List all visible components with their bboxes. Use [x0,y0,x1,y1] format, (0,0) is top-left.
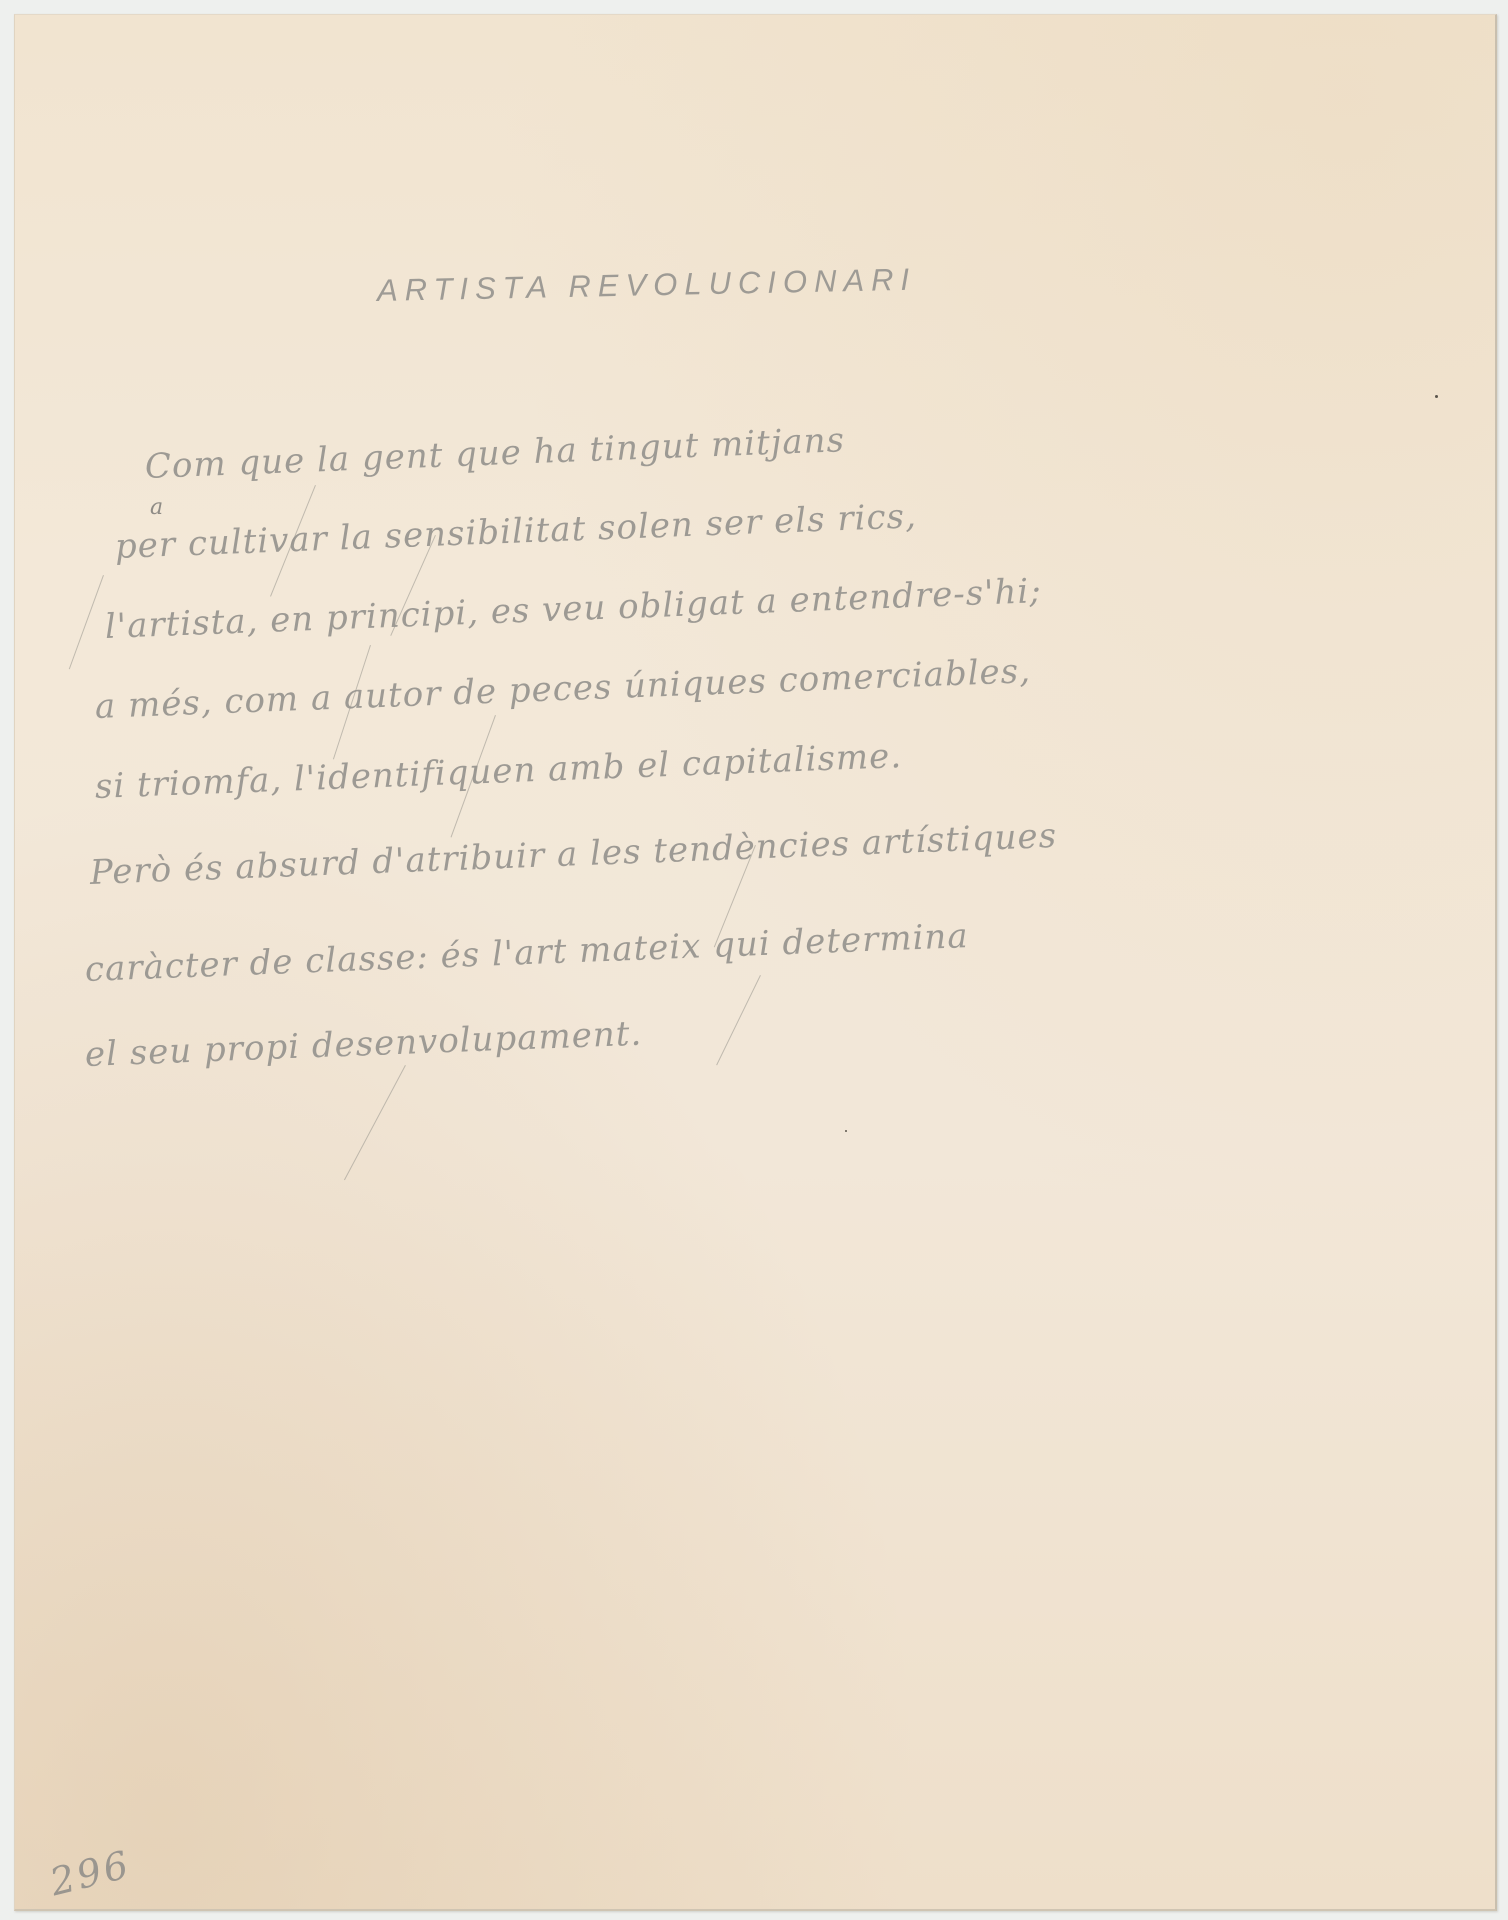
text-line-5: si triomfa, l'identifiquen amb el capita… [94,736,903,807]
text-line-4: a més, com a autor de peces úniques come… [94,651,1031,727]
page-number: 296 [46,1842,136,1904]
text-line-7: caràcter de classe: és l'art mateix qui … [84,916,969,990]
text-line-3: l'artista, en principi, es veu obligat a… [104,571,1042,647]
manuscript-page: ARTISTA REVOLUCIONARI a Com que la gent … [14,14,1497,1911]
text-line-2: per cultivar la sensibilitat solen ser e… [114,496,917,567]
pen-stroke [716,975,761,1065]
pen-stroke [344,1065,406,1180]
text-line-8: el seu propi desenvolupament. [84,1014,643,1075]
text-line-6: Però és absurd d'atribuir a les tendènci… [89,816,1058,893]
pen-stroke [69,575,104,669]
insertion-mark: a [150,495,163,520]
paper-speck [1435,395,1438,398]
paper-speck [845,1130,847,1132]
document-title: ARTISTA REVOLUCIONARI [377,262,917,309]
text-line-1: Com que la gent que ha tingut mitjans [144,420,845,487]
